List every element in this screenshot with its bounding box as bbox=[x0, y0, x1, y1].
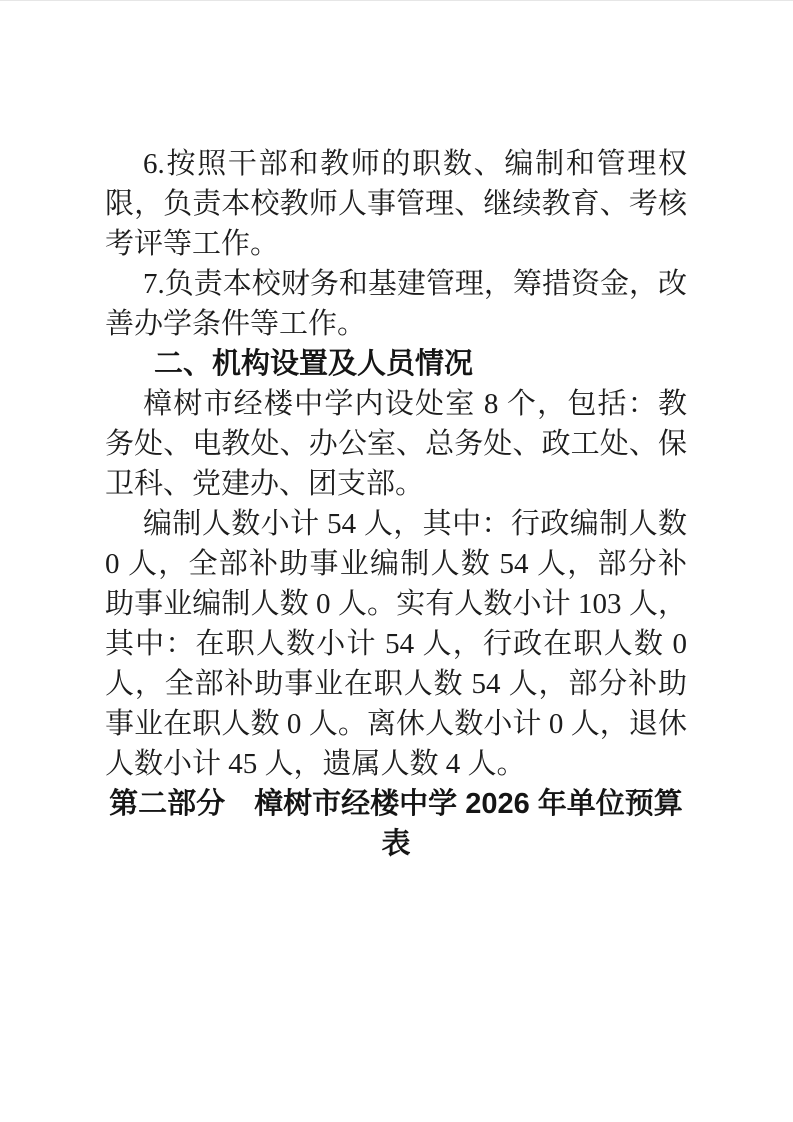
document-content: 6.按照干部和教师的职数、编制和管理权限，负责本校教师人事管理、继续教育、考核考… bbox=[0, 1, 793, 864]
paragraph-internal-offices: 樟树市经楼中学内设处室 8 个，包括：教务处、电教处、办公室、总务处、政工处、保… bbox=[105, 384, 687, 504]
paragraph-duty-item-7: 7.负责本校财务和基建管理，筹措资金，改善办学条件等工作。 bbox=[105, 264, 687, 344]
paragraph-staff-counts: 编制人数小计 54 人，其中：行政编制人数 0 人，全部补助事业编制人数 54 … bbox=[105, 504, 687, 784]
document-page: 6.按照干部和教师的职数、编制和管理权限，负责本校教师人事管理、继续教育、考核考… bbox=[0, 0, 793, 1122]
section-heading-organization-staff: 二、机构设置及人员情况 bbox=[105, 344, 687, 384]
part-two-budget-table-title: 第二部分 樟树市经楼中学 2026 年单位预算表 bbox=[105, 784, 687, 864]
paragraph-duty-item-6: 6.按照干部和教师的职数、编制和管理权限，负责本校教师人事管理、继续教育、考核考… bbox=[105, 144, 687, 264]
